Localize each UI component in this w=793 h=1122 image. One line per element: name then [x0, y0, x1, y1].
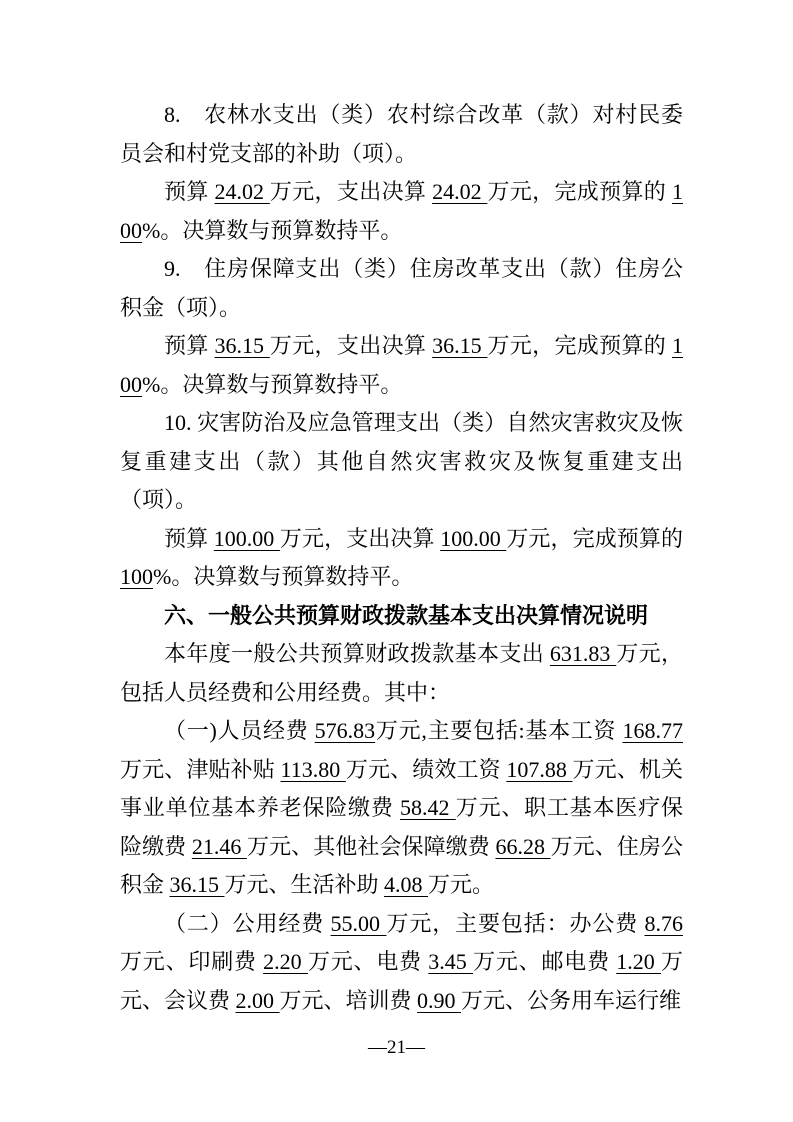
item-9-budget: 预算 36.15 万元，支出决算 36.15 万元，完成预算的 100%。决算数…	[120, 327, 683, 404]
document-page: 8. 农林水支出（类）农村综合改革（款）对村民委员会和村党支部的补助（项）。预算…	[0, 0, 793, 1122]
personnel-expense-paragraph: （一)人员经费 576.83万元,主要包括:基本工资 168.77 万元、津贴补…	[120, 712, 683, 905]
page-footer: —21—	[0, 1036, 793, 1060]
item-9-title: 9. 住房保障支出（类）住房改革支出（款）住房公积金（项）。	[120, 250, 683, 327]
section-6-heading: 六、一般公共预算财政拨款基本支出决算情况说明	[120, 597, 683, 636]
document-body: 8. 农林水支出（类）农村综合改革（款）对村民委员会和村党支部的补助（项）。预算…	[120, 96, 683, 1020]
item-8-title: 8. 农林水支出（类）农村综合改革（款）对村民委员会和村党支部的补助（项）。	[120, 96, 683, 173]
public-expense-paragraph: （二）公用经费 55.00 万元，主要包括：办公费 8.76 万元、印刷费 2.…	[120, 905, 683, 1021]
item-10-budget: 预算 100.00 万元，支出决算 100.00 万元，完成预算的 100%。决…	[120, 520, 683, 597]
section-6-intro: 本年度一般公共预算财政拨款基本支出 631.83 万元，包括人员经费和公用经费。…	[120, 635, 683, 712]
item-8-budget: 预算 24.02 万元，支出决算 24.02 万元，完成预算的 100%。决算数…	[120, 173, 683, 250]
page-number: —21—	[368, 1037, 425, 1058]
item-10-title: 10. 灾害防治及应急管理支出（类）自然灾害救灾及恢复重建支出（款）其他自然灾害…	[120, 404, 683, 520]
